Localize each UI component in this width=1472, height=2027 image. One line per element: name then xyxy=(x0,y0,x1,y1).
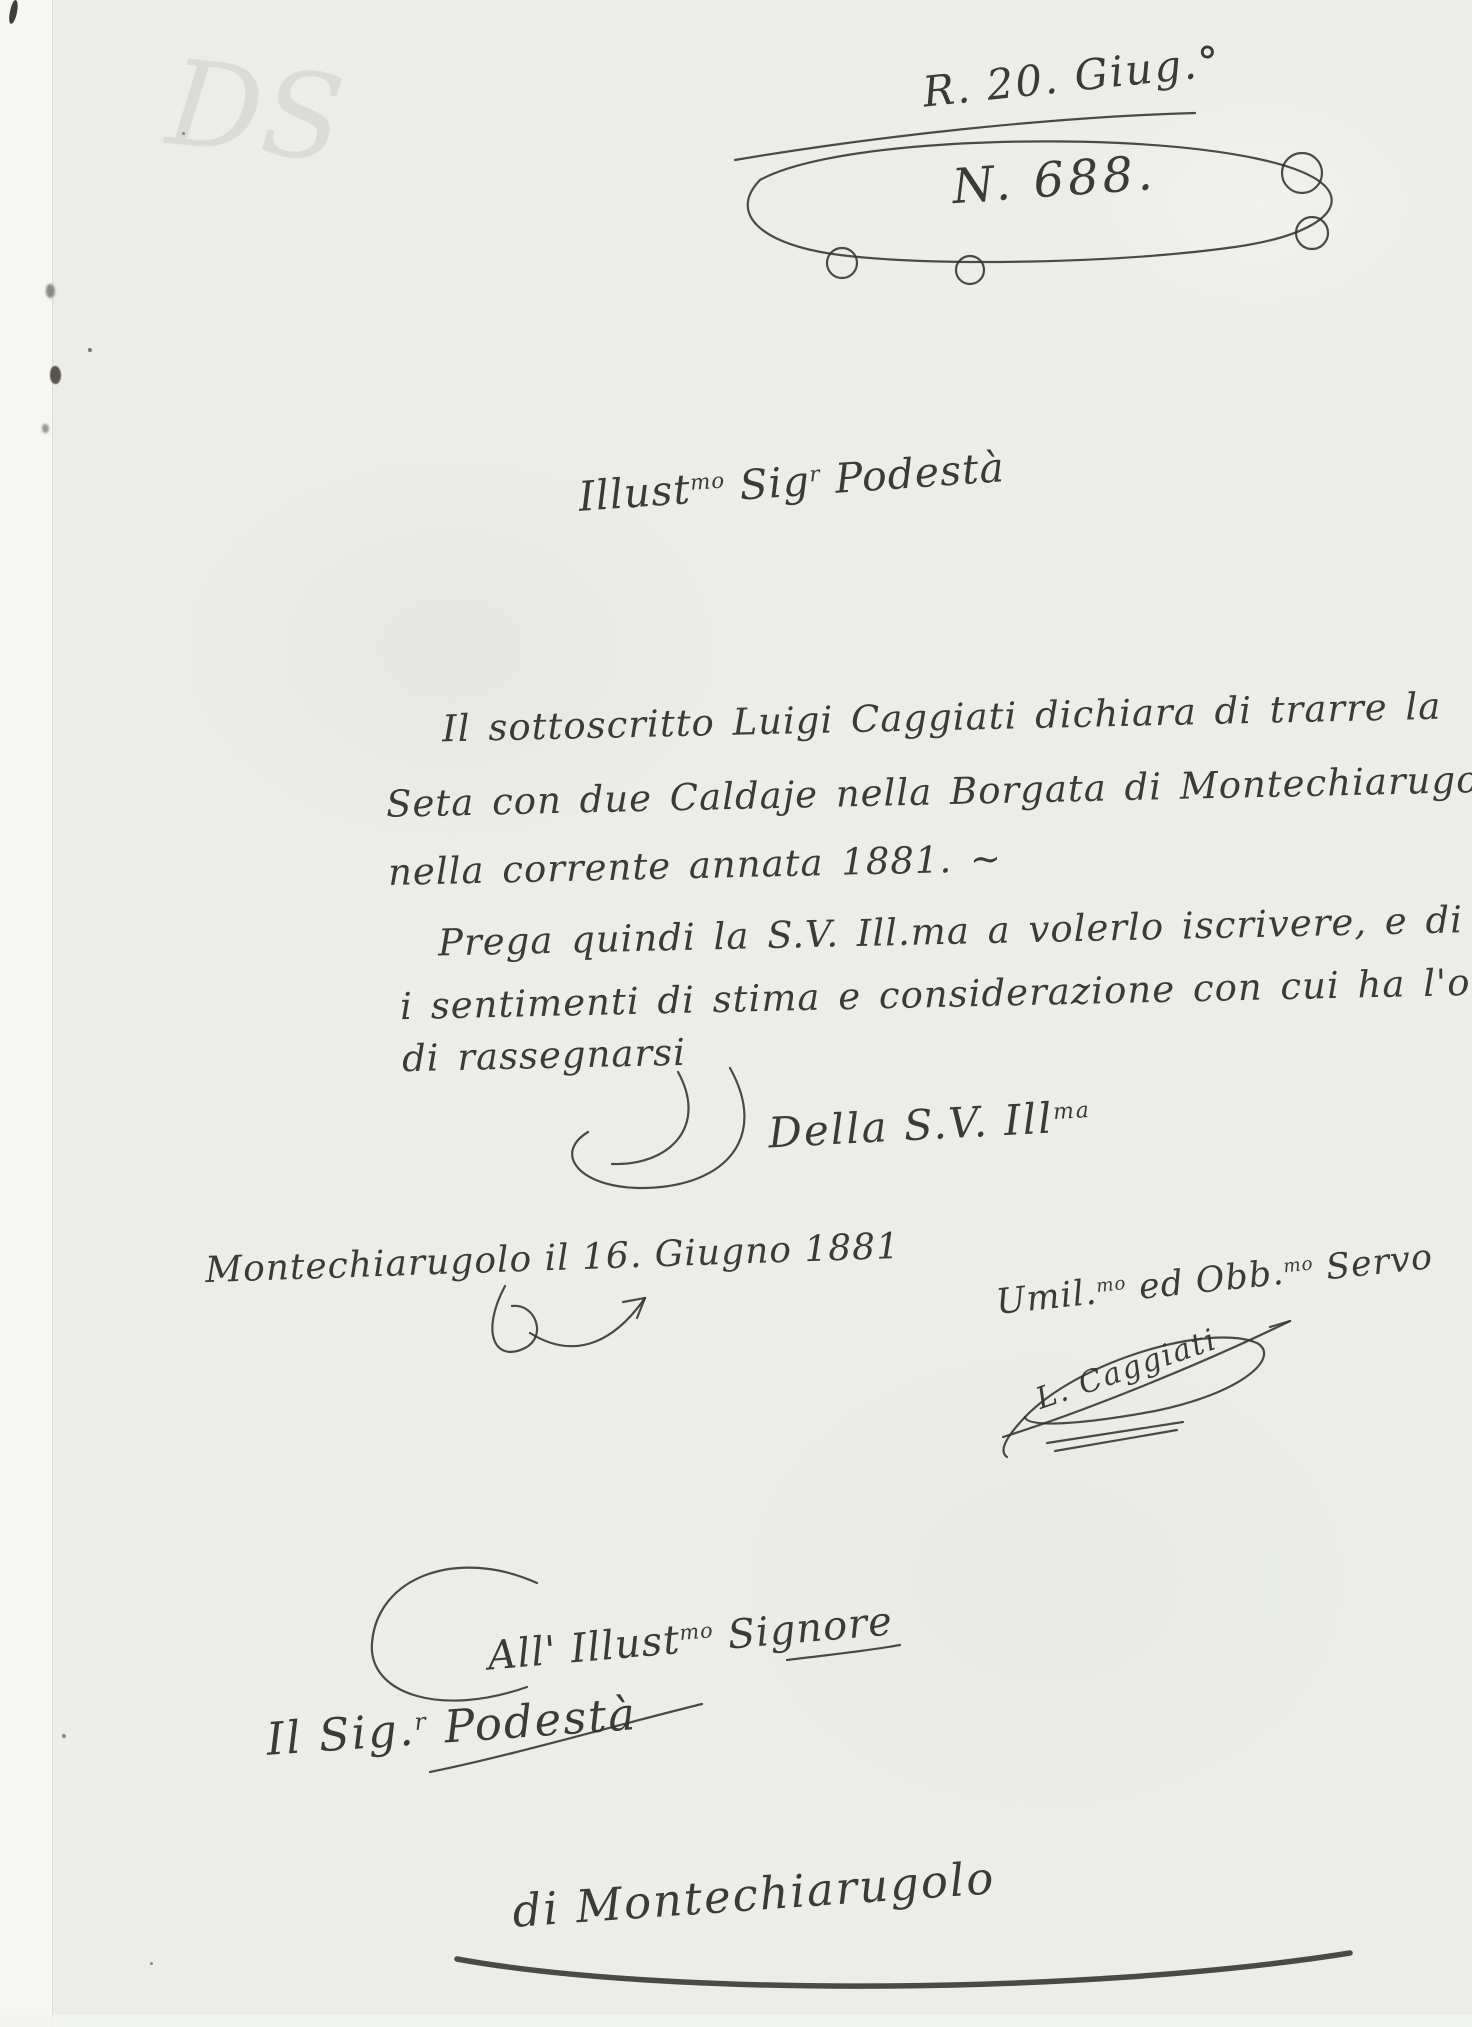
scan-speck xyxy=(50,366,61,384)
scanned-letter: DS R. 20. Giug.° N. 688. Illustmo Sigr P… xyxy=(0,0,1472,2027)
salutation-sup2: r xyxy=(809,462,822,488)
scan-speck xyxy=(150,1962,153,1965)
scan-speck xyxy=(62,1734,66,1738)
servo-sup2: mo xyxy=(1282,1253,1314,1277)
pencil-archival-mark: DS xyxy=(161,33,350,189)
scan-speck xyxy=(8,0,20,24)
salutation-pre: Illust xyxy=(577,465,692,521)
scan-speck xyxy=(182,132,185,135)
addr2-pre: Il Sig. xyxy=(265,1703,417,1766)
salutation-mid: Sig xyxy=(724,457,812,511)
valediction-sup: ma xyxy=(1052,1098,1091,1125)
body-line: di rassegnarsi xyxy=(402,1031,687,1080)
addr1-sup: mo xyxy=(678,1618,714,1645)
servo-sup1: mo xyxy=(1095,1273,1127,1297)
salutation-sup1: mo xyxy=(689,468,726,495)
addr2-sup: r xyxy=(413,1707,428,1736)
scan-speck xyxy=(42,424,49,433)
scan-speck xyxy=(88,348,92,352)
scan-speck xyxy=(46,284,55,298)
scanner-edge-bottom xyxy=(0,2015,1472,2027)
